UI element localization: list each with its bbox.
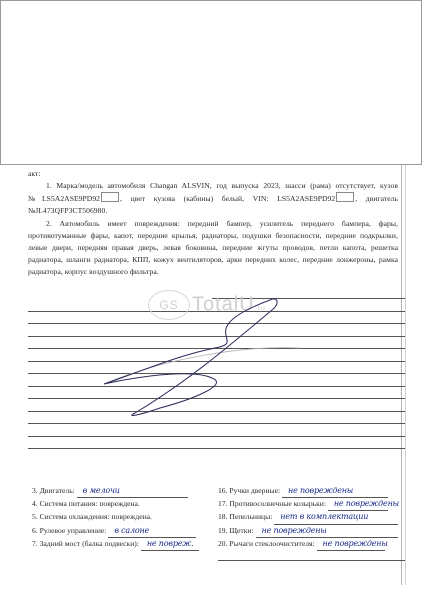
item-value: повреждена. xyxy=(99,499,139,508)
item-value-handwritten: не повреждены xyxy=(317,537,385,551)
items-left-column: 3. Двигатель: в мелочи 4. Система питани… xyxy=(32,484,212,550)
item-value-handwritten: в салоне xyxy=(108,524,196,538)
item-value-handwritten: нет в комплектации xyxy=(274,510,398,524)
redacted-box xyxy=(101,192,119,202)
ruled-line xyxy=(28,448,405,449)
item-value: повреждена. xyxy=(112,512,152,521)
item-wipers: 19. Щетки: не повреждены xyxy=(218,524,408,537)
items-right-column: 16. Ручки дверные: не повреждены 17. Про… xyxy=(218,484,408,550)
item-label: 4. Система питания: xyxy=(32,499,97,508)
item-ashtrays: 18. Пепельницы: нет в комплектации xyxy=(218,510,408,523)
item-steering: 6. Рулевое управление: в салоне xyxy=(32,524,212,537)
item-sun-visors: 17. Противосолнечные козырьки: не повреж… xyxy=(218,497,408,510)
item-wiper-arms: 20. Рычаги стеклоочистителя: не поврежде… xyxy=(218,537,408,550)
redacted-header-area xyxy=(0,0,422,165)
item-label: 5. Система охлаждения: xyxy=(32,512,110,521)
redacted-box xyxy=(336,192,354,202)
item-label: 3. Двигатель: xyxy=(32,486,75,495)
item-label: 18. Пепельницы: xyxy=(218,512,272,521)
paragraph-damages: 2. Автомобиль имеет повреждения: передни… xyxy=(28,218,398,279)
ruled-line xyxy=(218,560,405,561)
item-engine: 3. Двигатель: в мелочи xyxy=(32,484,212,497)
item-label: 16. Ручки дверные: xyxy=(218,486,280,495)
item-door-handles: 16. Ручки дверные: не повреждены xyxy=(218,484,408,497)
item-value-handwritten: не повреж. xyxy=(141,537,199,551)
item-label: 19. Щетки: xyxy=(218,526,254,535)
item-label: 20. Рычаги стеклоочистителя: xyxy=(218,539,315,548)
vehicle-details-part2: , цвет кузова (кабины) белый, VIN: LS5A2… xyxy=(120,194,335,203)
intro-text: акт: xyxy=(28,168,398,180)
item-value-handwritten: в мелочи xyxy=(77,484,188,498)
paragraph-vehicle-details: 1. Марка/модель автомобиля Changan ALSVI… xyxy=(28,180,398,218)
vehicle-description: 1. Марка/модель автомобиля Changan ALSVI… xyxy=(28,180,398,279)
item-rear-axle: 7. Задний мост (балка подвески): не повр… xyxy=(32,537,212,550)
item-label: 7. Задний мост (балка подвески): xyxy=(32,539,139,548)
item-cooling-system: 5. Система охлаждения: повреждена. xyxy=(32,510,212,523)
ruled-line xyxy=(28,436,405,437)
item-value-handwritten: не повреждены xyxy=(256,524,398,538)
item-label: 17. Противосолнечные козырьки: xyxy=(218,499,326,508)
item-value-handwritten: не повреждены xyxy=(282,484,388,498)
item-label: 6. Рулевое управление: xyxy=(32,526,106,535)
strike-through-scribble xyxy=(100,290,330,430)
item-fuel-system: 4. Система питания: повреждена. xyxy=(32,497,212,510)
item-value-handwritten: не повреждены xyxy=(328,497,388,511)
